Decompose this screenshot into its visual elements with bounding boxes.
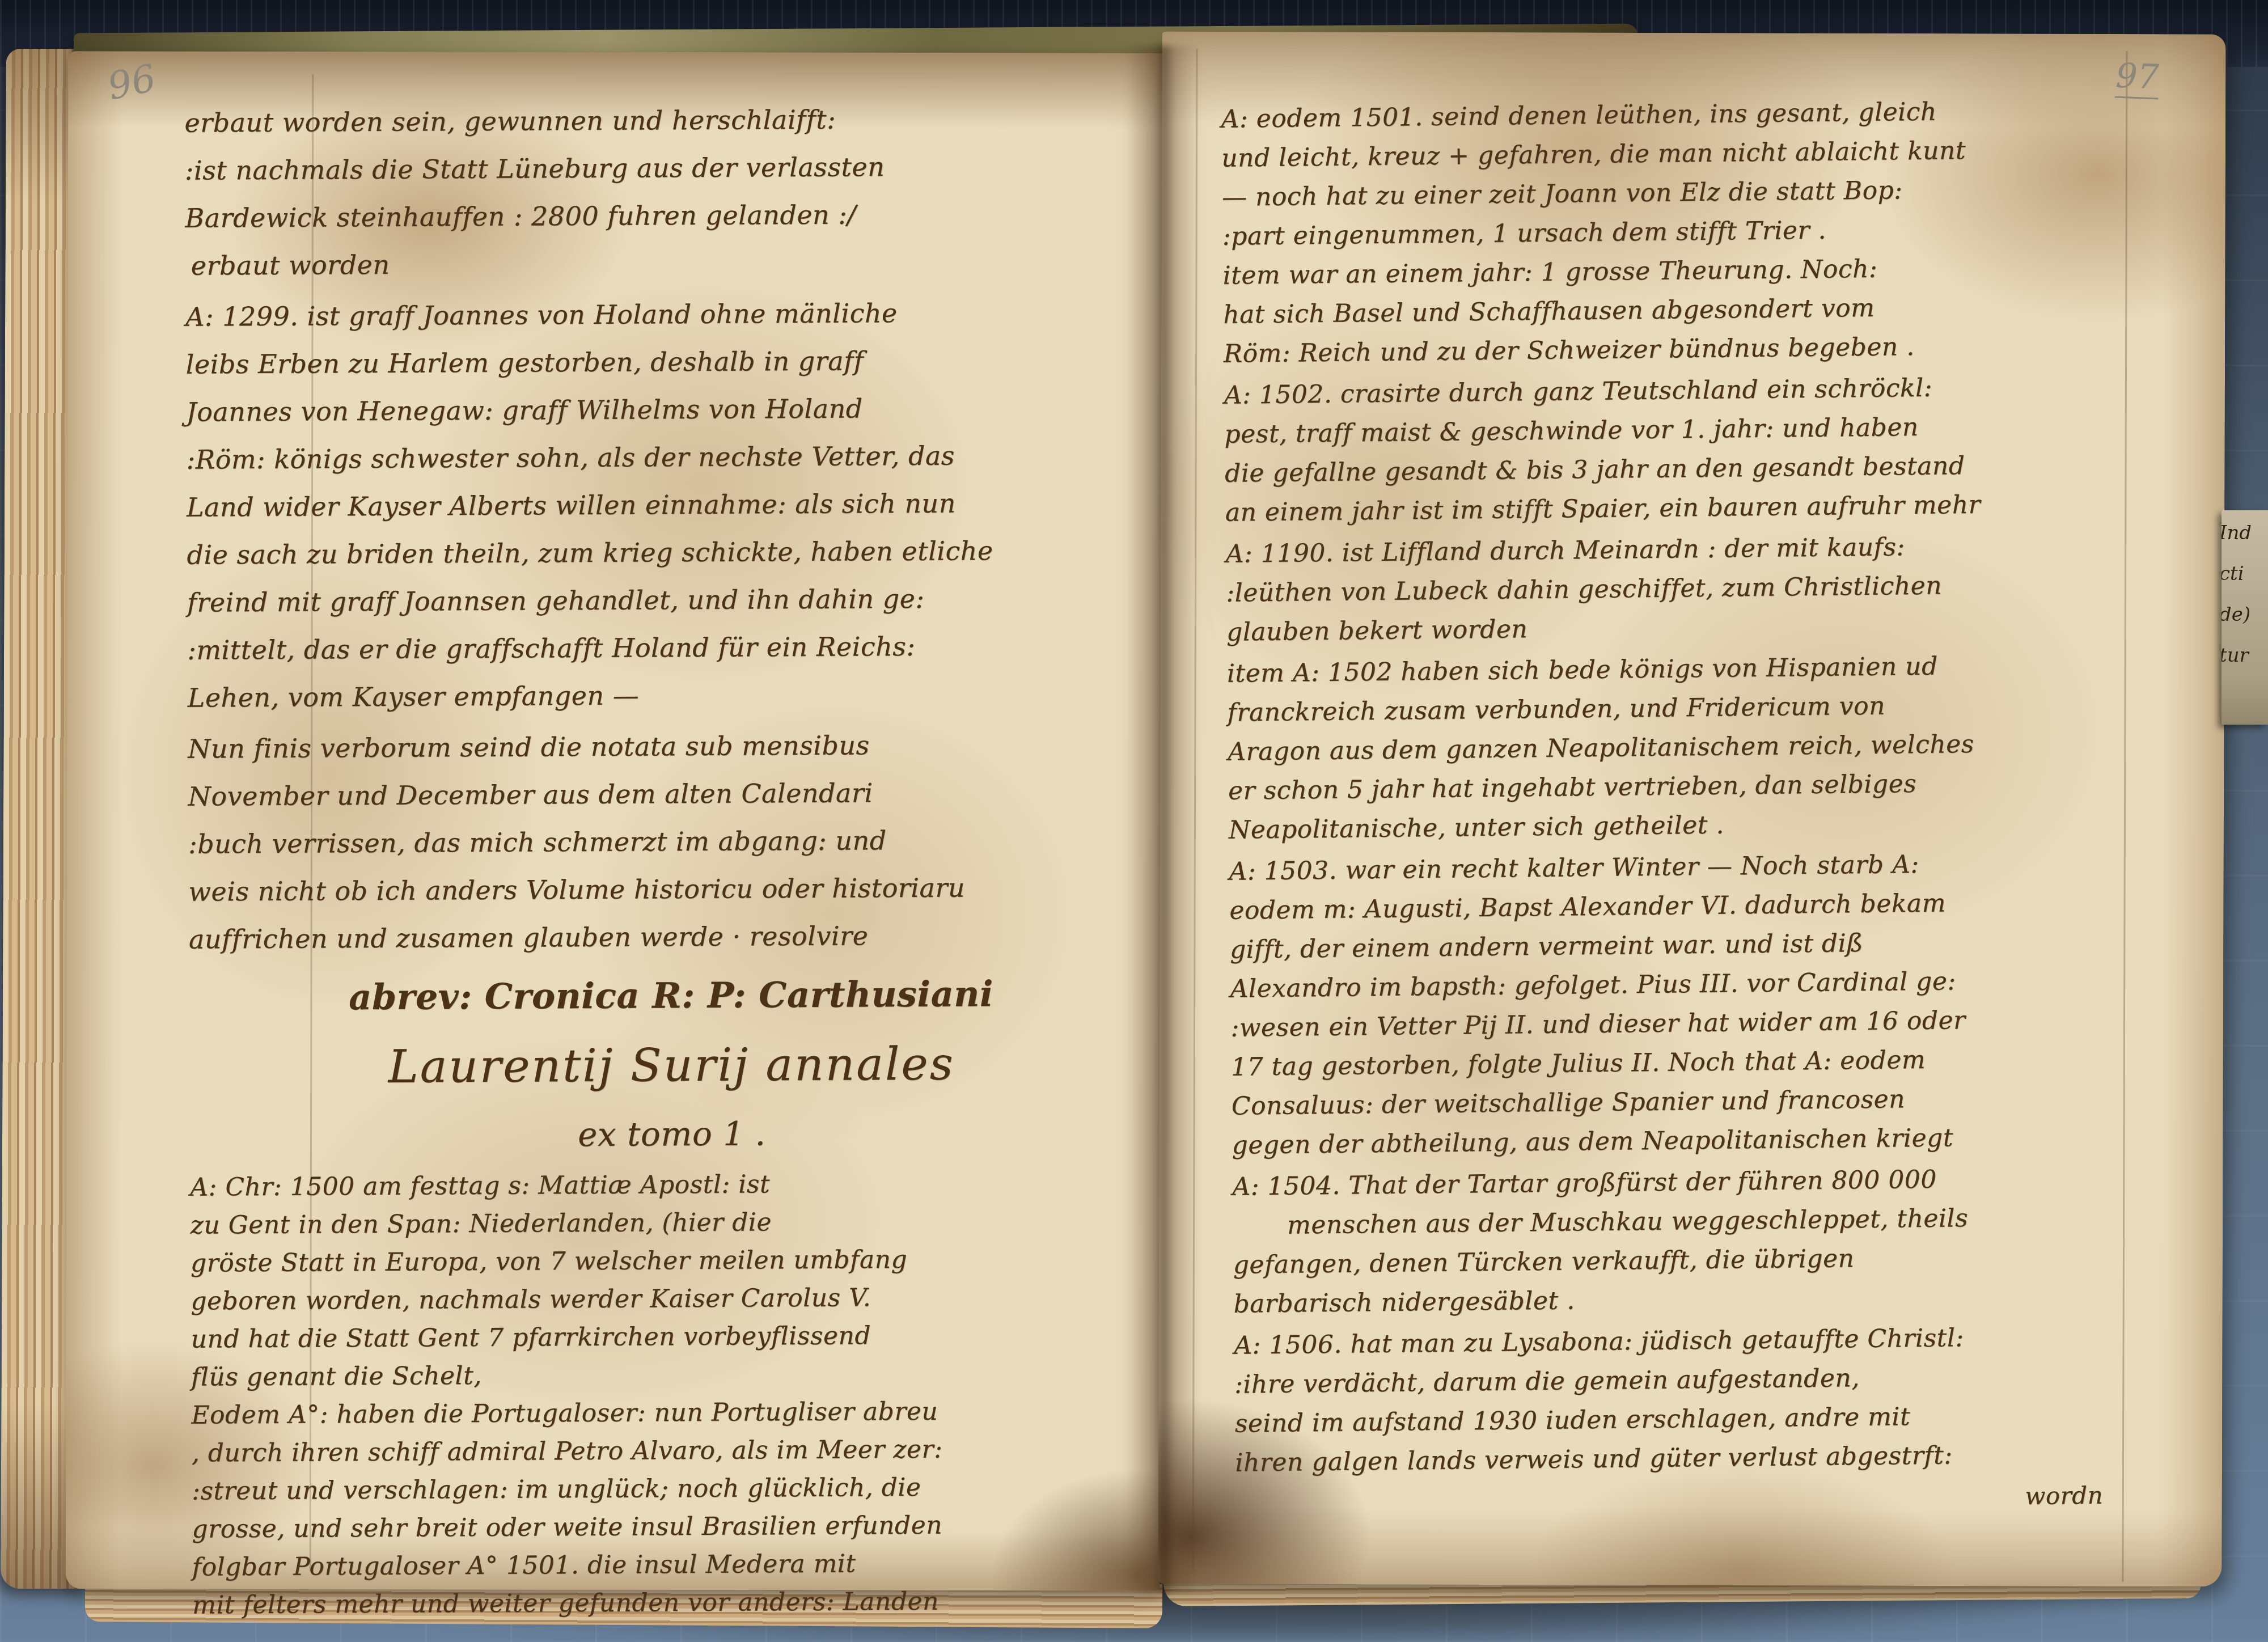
text-line: Ind <box>2222 510 2268 551</box>
chronicle-heading-title: Laurentij Surij annales <box>189 1021 1154 1111</box>
text-line: , durch ihren schiff admiral Petro Alvar… <box>192 1429 1156 1472</box>
left-page-text-block: erbaut worden sein, gewunnen und herschl… <box>184 94 1156 1624</box>
manuscript-paragraph: A: Chr: 1500 am festtag s: Mattiæ Apostl… <box>190 1163 1156 1624</box>
chronicle-heading-tome: ex tomo 1 . <box>190 1106 1154 1163</box>
text-line: zu Gent in den Span: Niederlanden, (hier… <box>190 1201 1154 1245</box>
manuscript-page-left: 96 erbaut worden sein, gewunnen und hers… <box>66 51 1163 1590</box>
text-line: Eodem A°: haben die Portugaloser: nun Po… <box>191 1391 1155 1434</box>
catchword: wordn <box>1235 1480 2188 1518</box>
text-line: :Röm: königs schwester sohn, als der nec… <box>186 431 1150 484</box>
text-line: auffrichen und zusamen glauben werde · r… <box>189 911 1153 963</box>
text-line: November und December aus dem alten Cale… <box>188 768 1152 820</box>
margin-slip-tab: Indctide)tur <box>2222 510 2268 725</box>
manuscript-paragraph: A: 1190. ist Liffland durch Meinardn : d… <box>1225 524 2179 652</box>
manuscript-paragraph: A: 1503. war ein recht kalter Winter — N… <box>1229 842 2185 1165</box>
text-line: freind mit graff Joannsen gehandlet, und… <box>187 574 1151 627</box>
manuscript-page-right: 97 A: eodem 1501. seind denen leüthen, i… <box>1158 32 2225 1587</box>
manuscript-paragraph: A: 1299. ist graff Joannes von Holand oh… <box>185 288 1152 722</box>
page-number-left: 96 <box>104 56 159 109</box>
text-line: A: 1299. ist graff Joannes von Holand oh… <box>185 288 1149 341</box>
text-line: Lehen, vom Kayser empfangen — <box>188 669 1152 722</box>
right-page-text-block: A: eodem 1501. seind denen leüthen, ins … <box>1221 90 2188 1518</box>
text-line: Land wider Kayser Alberts willen einnahm… <box>187 479 1150 531</box>
text-line: gröste Statt in Europa, von 7 welscher m… <box>191 1239 1154 1283</box>
manuscript-paragraph: A: 1502. crasirte durch ganz Teutschland… <box>1224 366 2178 532</box>
text-line: weis nicht ob ich anders Volume historic… <box>188 863 1152 916</box>
chronicle-heading-abbrev: abrev: Cronica R: P: Carthusiani <box>189 966 1153 1026</box>
text-line: :buch verrissen, das mich schmerzt im ab… <box>188 815 1152 868</box>
text-line: :streut und verschlagen: im unglück; noc… <box>192 1467 1156 1510</box>
text-line: tur <box>2222 633 2268 674</box>
text-line: :ist nachmals die Statt Lüneburg aus der… <box>185 142 1149 194</box>
text-line: de) <box>2222 592 2268 633</box>
manuscript-paragraph: Nun finis verborum seind die notata sub … <box>188 720 1153 963</box>
text-line: mit felters mehr und weiter gefunden vor… <box>192 1581 1156 1624</box>
manuscript-paragraph: A: 1506. hat man zu Lysabona: jüdisch ge… <box>1234 1316 2188 1483</box>
text-line: erbaut worden sein, gewunnen und herschl… <box>184 94 1148 147</box>
manuscript-paragraph: A: eodem 1501. seind denen leüthen, ins … <box>1221 90 2176 374</box>
text-line: :mittelt, das er die graffschafft Holand… <box>187 621 1151 674</box>
text-line: cti <box>2222 551 2268 592</box>
text-line: Bardewick steinhauffen : 2800 fuhren gel… <box>185 189 1149 242</box>
text-line: grosse, und sehr breit oder weite insul … <box>192 1505 1156 1548</box>
text-line: flüs genant die Schelt, <box>191 1353 1155 1396</box>
manuscript-paragraph: erbaut worden sein, gewunnen und herschl… <box>184 94 1149 290</box>
book-gutter-shadow <box>1125 45 1199 1593</box>
text-line: folgbar Portugaloser A° 1501. die insul … <box>192 1543 1156 1586</box>
text-line: Nun finis verborum seind die notata sub … <box>188 720 1152 773</box>
manuscript-paragraph: A: 1504. That der Tartar großfürst der f… <box>1232 1157 2186 1324</box>
text-line: die sach zu briden theiln, zum krieg sch… <box>187 526 1150 579</box>
text-line: leibs Erben zu Harlem gestorben, deshalb… <box>185 336 1149 388</box>
text-line: Joannes von Henegaw: graff Wilhelms von … <box>186 383 1150 436</box>
text-line: geboren worden, nachmals werder Kaiser C… <box>191 1277 1154 1321</box>
text-line: und hat die Statt Gent 7 pfarrkirchen vo… <box>191 1315 1154 1359</box>
manuscript-paragraph: item A: 1502 haben sich bede königs von … <box>1227 644 2182 850</box>
text-line: A: Chr: 1500 am festtag s: Mattiæ Apostl… <box>190 1163 1154 1207</box>
photo-background-mat: 96 erbaut worden sein, gewunnen und hers… <box>0 0 2268 1642</box>
text-line: erbaut worden <box>191 237 1149 290</box>
